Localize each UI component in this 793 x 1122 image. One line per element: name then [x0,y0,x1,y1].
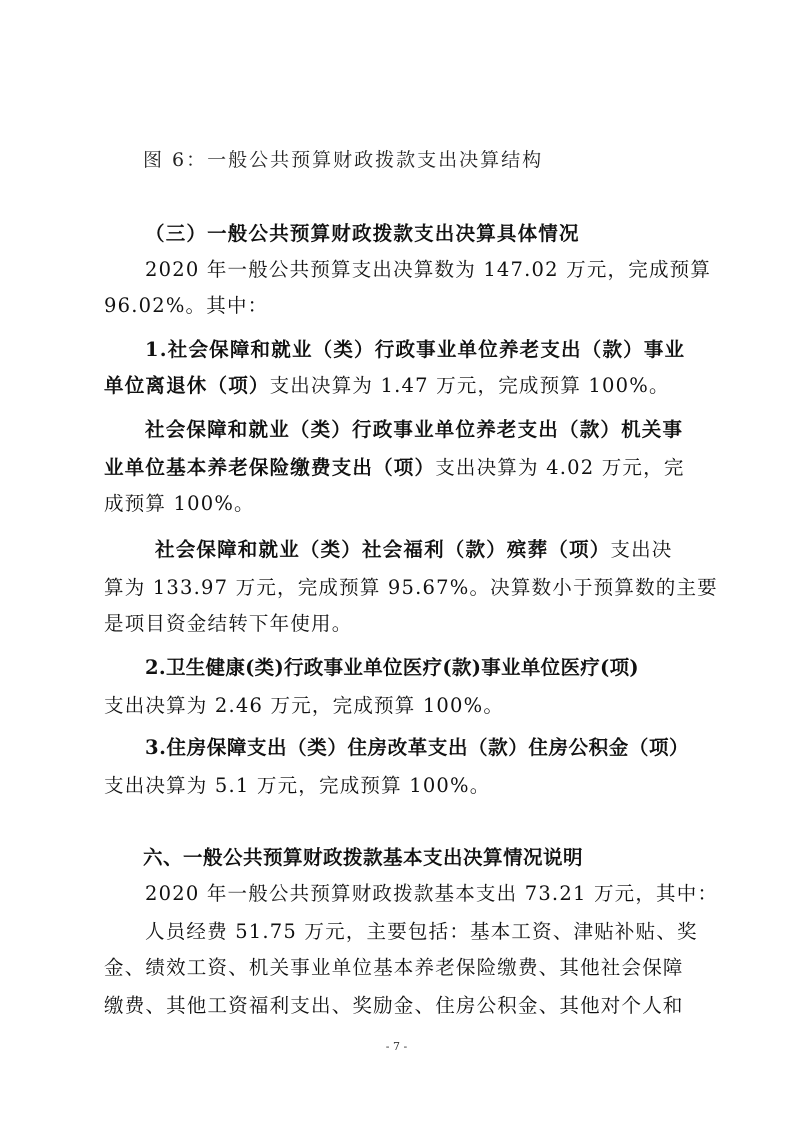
item1b-line3: 成预算 100%。 [104,488,255,516]
item1b-line2-rest: 支出决算为 4.02 万元，完 [435,456,684,479]
item1-line2: 单位离退休（项）支出决算为 1.47 万元，完成预算 100%。 [104,370,670,398]
summary-line-2: 96.02%。其中： [104,290,268,318]
item1c-line1-bold: 社会保障和就业（类）社会福利（款）殡葬（项） [155,538,610,561]
item3-line2: 支出决算为 5.1 万元，完成预算 100%。 [104,770,490,798]
section6-line1: 2020 年一般公共预算财政拨款基本支出 73.21 万元，其中： [145,878,718,906]
figure-caption: 图 6：一般公共预算财政拨款支出决算结构 [143,145,543,172]
item3-line1: 3.住房保障支出（类）住房改革支出（款）住房公积金（项） [145,732,689,760]
item1b-line2: 业单位基本养老保险缴费支出（项）支出决算为 4.02 万元，完 [104,452,685,480]
section-heading-6: 六、一般公共预算财政拨款基本支出决算情况说明 [143,842,583,870]
section6-line4: 缴费、其他工资福利支出、奖励金、住房公积金、其他对个人和 [104,990,684,1018]
item1c-line2: 算为 133.97 万元，完成预算 95.67%。决算数小于预算数的主要 [104,572,718,600]
item1b-line2-bold: 业单位基本养老保险缴费支出（项） [104,456,435,479]
item1-line2-bold: 单位离退休（项） [104,374,270,397]
item1c-line1: 社会保障和就业（类）社会福利（款）殡葬（项）支出决 [155,534,673,562]
item2-line1: 2.卫生健康(类)行政事业单位医疗(款)事业单位医疗(项) [145,652,639,680]
page-number: - 7 - [0,1040,793,1053]
item1-line1: 1.社会保障和就业（类）行政事业单位养老支出（款）事业 [145,334,685,362]
item1c-line1-rest: 支出决 [610,538,672,561]
item1b-line1: 社会保障和就业（类）行政事业单位养老支出（款）机关事 [145,414,683,442]
summary-line-1: 2020 年一般公共预算支出决算数为 147.02 万元，完成预算 [145,254,711,282]
item1-line2-rest: 支出决算为 1.47 万元，完成预算 100%。 [270,374,670,397]
section6-line3: 金、绩效工资、机关事业单位基本养老保险缴费、其他社会保障 [104,952,684,980]
section6-line2: 人员经费 51.75 万元，主要包括：基本工资、津贴补贴、奖 [145,916,698,944]
item1c-line3: 是项目资金结转下年使用。 [104,608,352,636]
section-heading-3: （三）一般公共预算财政拨款支出决算具体情况 [145,218,580,246]
item2-line2: 支出决算为 2.46 万元，完成预算 100%。 [104,690,504,718]
